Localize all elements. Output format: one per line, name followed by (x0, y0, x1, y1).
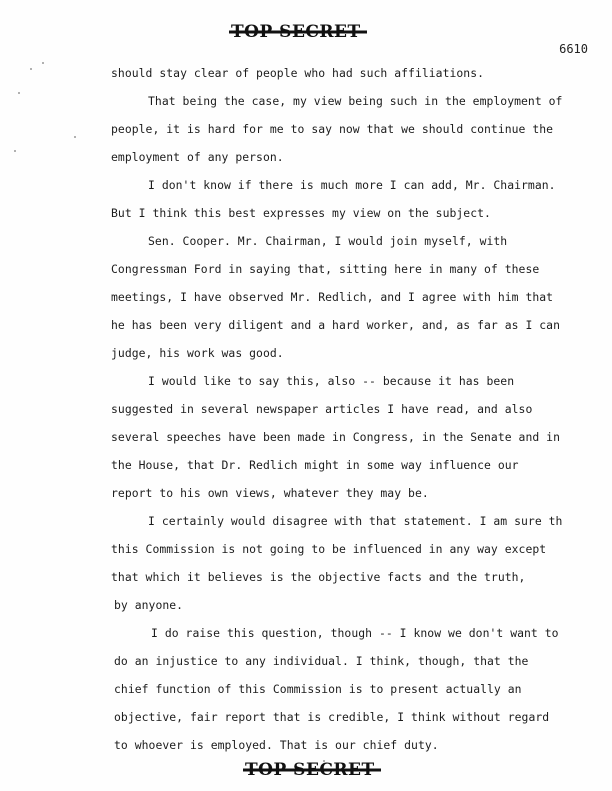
text-line: judge, his work was good. (111, 346, 284, 360)
strikethrough-line (243, 769, 381, 772)
text-line: several speeches have been made in Congr… (111, 430, 560, 444)
text-line: should stay clear of people who had such… (111, 66, 484, 80)
text-line: to whoever is employed. That is our chie… (114, 738, 439, 752)
text-line: Sen. Cooper. Mr. Chairman, I would join … (148, 234, 507, 248)
text-line: report to his own views, whatever they m… (111, 486, 429, 500)
scan-speck (323, 760, 325, 762)
classification-stamp-top: TOP SECRET (231, 22, 361, 42)
text-line: Congressman Ford in saying that, sitting… (111, 262, 539, 276)
text-line: the House, that Dr. Redlich might in som… (111, 458, 519, 472)
document-page: TOP SECRET 6610 should stay clear of peo… (0, 0, 612, 791)
text-line: objective, fair report that is credible,… (114, 710, 549, 724)
text-line: that which it believes is the objective … (111, 570, 525, 584)
text-line: I don't know if there is much more I can… (148, 178, 556, 192)
text-line: people, it is hard for me to say now tha… (111, 122, 553, 136)
page-number: 6610 (559, 42, 588, 56)
text-line: suggested in several newspaper articles … (111, 402, 532, 416)
text-line: I certainly would disagree with that sta… (148, 514, 562, 528)
text-line: meetings, I have observed Mr. Redlich, a… (111, 290, 553, 304)
scan-speck (74, 136, 76, 138)
text-line: employment of any person. (111, 150, 284, 164)
classification-stamp-bottom: TOP SECRET (245, 760, 375, 780)
text-line: That being the case, my view being such … (148, 94, 562, 108)
text-line: I do raise this question, though -- I kn… (151, 626, 559, 640)
text-line: he has been very diligent and a hard wor… (111, 318, 560, 332)
scan-speck (42, 62, 44, 64)
strikethrough-line (229, 31, 367, 34)
text-line: by anyone. (114, 598, 183, 612)
scan-speck (18, 92, 20, 94)
scan-speck (14, 150, 16, 152)
text-line: do an injustice to any individual. I thi… (114, 654, 528, 668)
text-line: I would like to say this, also -- becaus… (148, 374, 514, 388)
text-line: But I think this best expresses my view … (111, 206, 491, 220)
text-line: chief function of this Commission is to … (114, 682, 522, 696)
text-line: this Commission is not going to be influ… (111, 542, 546, 556)
scan-speck (30, 68, 32, 70)
